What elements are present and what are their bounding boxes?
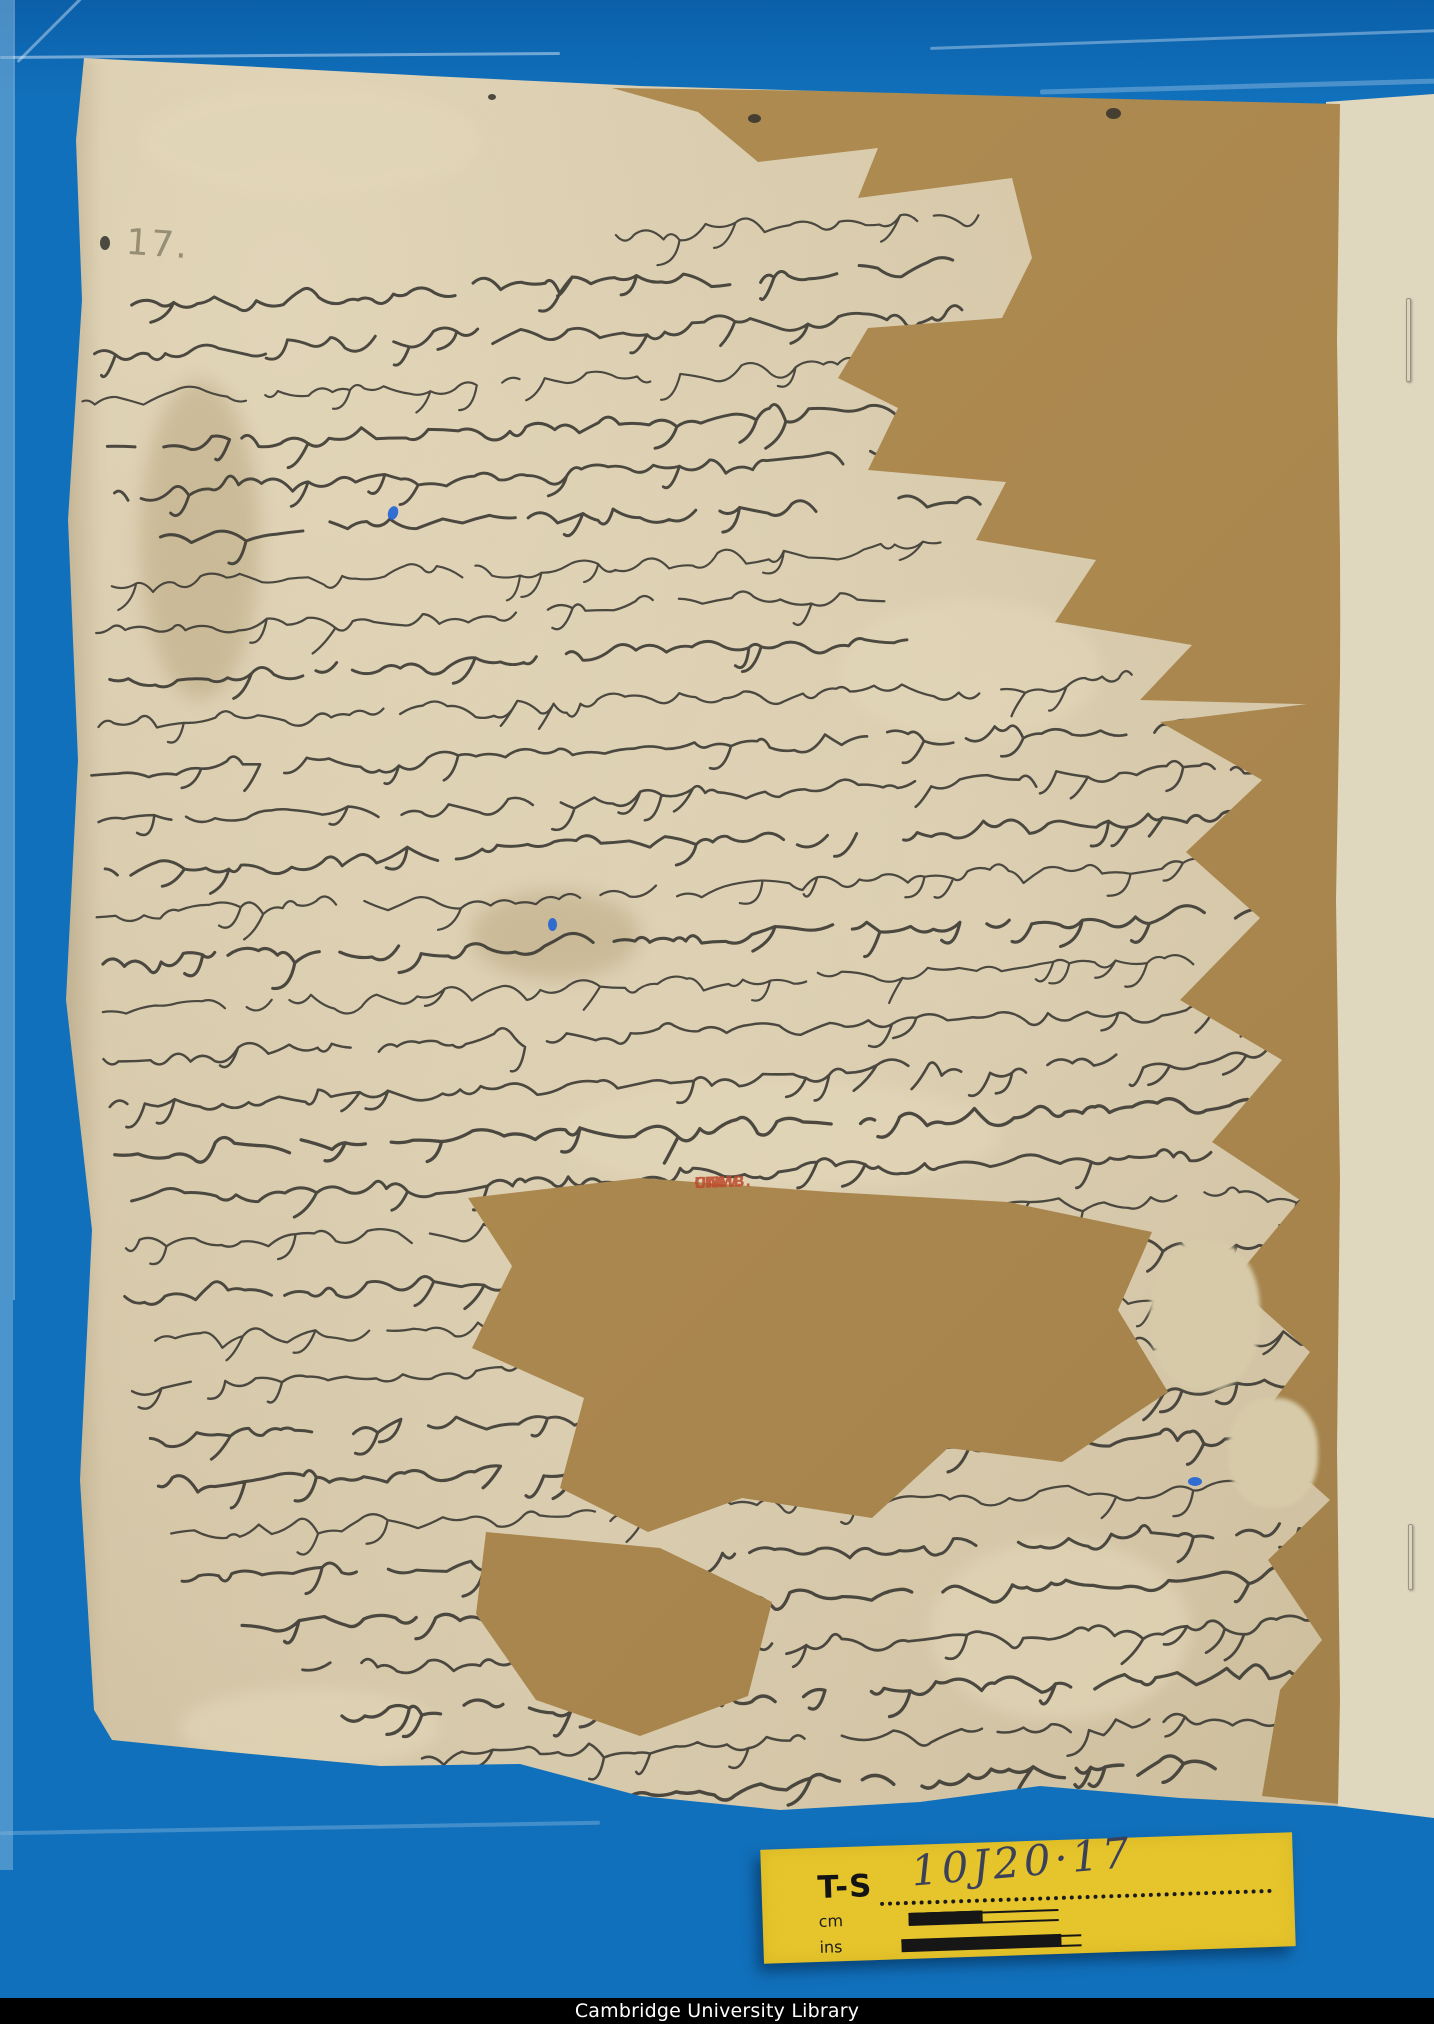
institution-caption: Cambridge University Library [575,2000,859,2022]
blue-ink-spot [548,918,557,931]
folio-number: 17. [125,222,191,267]
ink-blot [1106,108,1121,119]
classmark-label: T-S 10J20·17 cm ins [760,1832,1295,1964]
paper-island [1150,1240,1260,1390]
sleeve-left-edge [0,0,13,1870]
institution-bar: Cambridge University Library [0,1998,1434,2024]
sleeve-reflection [0,1821,600,1835]
ink-blot [488,94,496,100]
paper-island [1228,1398,1318,1508]
library-stamp: UNIV. LIB. CAMB. [694,1173,758,1175]
sleeve-left-highlight [13,0,15,1300]
ink-blot [100,236,110,250]
staple [1406,298,1411,382]
cm-unit-label: cm [818,1911,843,1931]
ins-unit-label: ins [819,1937,843,1957]
ink-blot [748,114,761,123]
staple [1408,1524,1413,1590]
photo-of-manuscript: 17. UNIV. LIB. CAMB. T-S 10J20·17 cm ins… [0,0,1434,2024]
blue-ink-spot [1188,1477,1202,1486]
classmark-prefix: T-S [817,1868,873,1906]
stamp-line: CAMB. [694,1173,752,1191]
manuscript-fragment: 17. UNIV. LIB. CAMB. [0,0,1434,2024]
